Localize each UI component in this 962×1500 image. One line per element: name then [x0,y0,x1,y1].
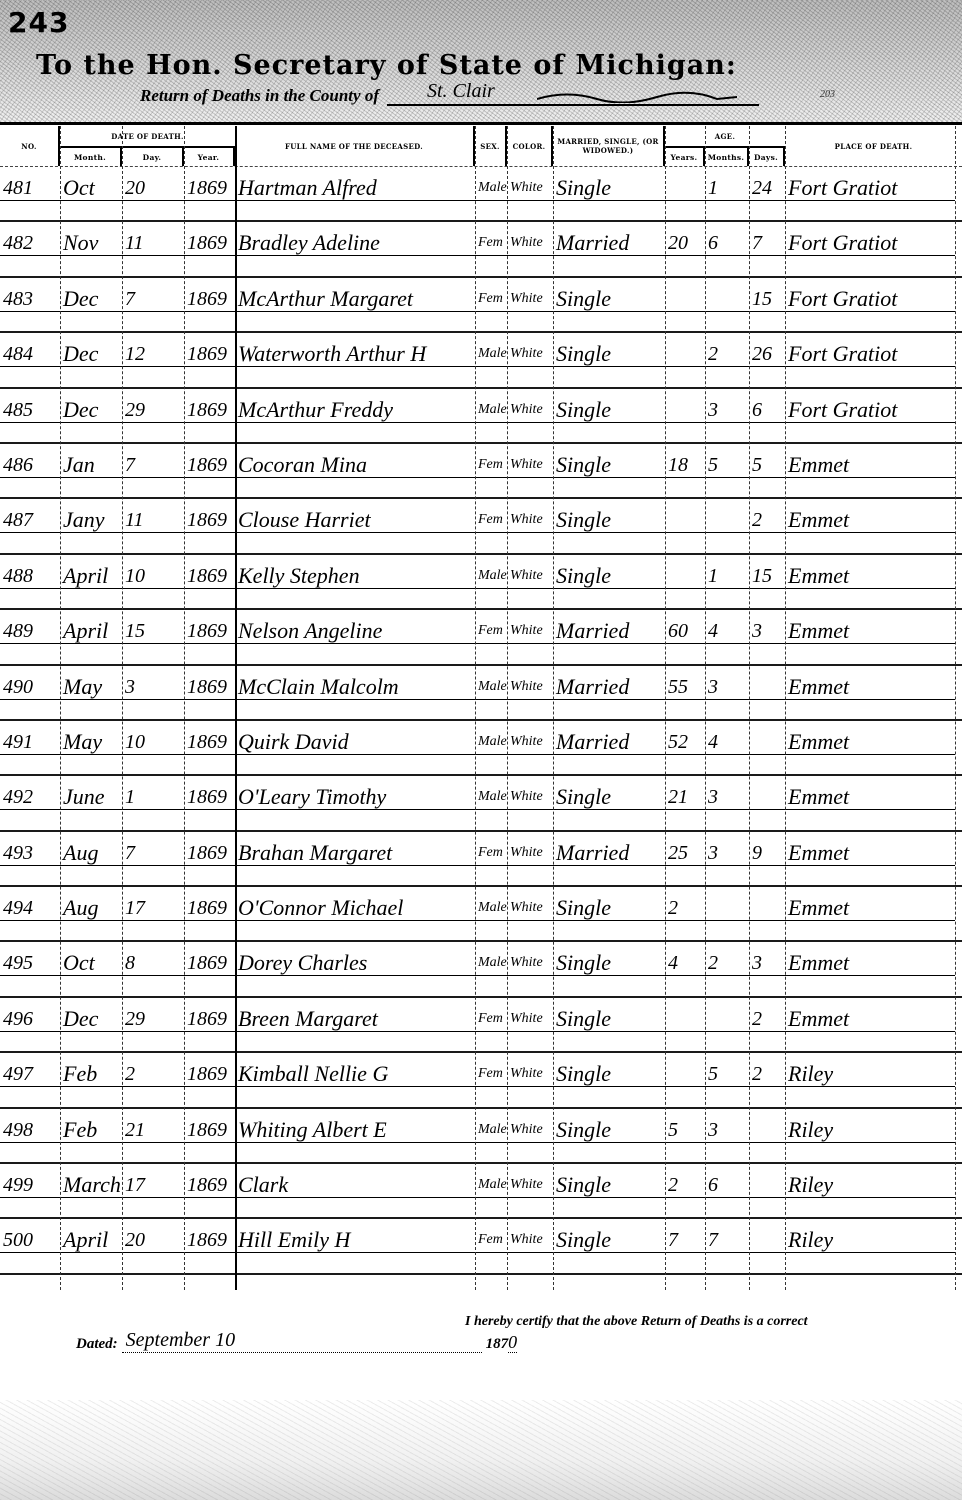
cell-month: Feb [60,1117,122,1143]
cell-no: 500 [0,1227,60,1253]
cell-no: 484 [0,341,60,367]
cell-place: Fort Gratiot [785,286,955,312]
cell-day: 20 [122,175,184,201]
table-row: 488April101869Kelly StephenMaleWhiteSing… [0,555,962,610]
cell-no: 481 [0,175,60,201]
column-rule [705,126,706,1290]
cell-sex: Male [475,1172,507,1198]
column-rule [955,126,956,1290]
cell-month: Dec [60,341,122,367]
cell-year: 1869 [184,286,235,312]
cell-status: Married [553,840,665,866]
cell-name: Whiting Albert E [235,1117,475,1143]
cell-no: 494 [0,895,60,921]
dated-row: Dated: September 10 1870 [76,1330,517,1353]
table-row: 496Dec291869Breen MargaretFemWhiteSingle… [0,998,962,1053]
cell-months: 6 [705,230,749,256]
column-rule [749,126,750,1290]
cell-sex: Fem [475,286,507,312]
cell-month: Oct [60,950,122,976]
cell-status: Married [553,230,665,256]
cell-name: Quirk David [235,729,475,755]
dated-year-prefix: 187 [486,1336,509,1352]
cell-day: 20 [122,1227,184,1253]
cell-months: 3 [705,840,749,866]
cell-day: 12 [122,341,184,367]
cell-month: Dec [60,397,122,423]
header-married-single: Married, Single, (or Widowed.) [553,126,665,166]
table-row: 499March171869ClarkMaleWhiteSingle26Rile… [0,1164,962,1219]
cell-name: McArthur Freddy [235,397,475,423]
table-row: 498Feb211869Whiting Albert EMaleWhiteSin… [0,1109,962,1164]
cell-month: Oct [60,175,122,201]
cell-place: Emmet [785,729,955,755]
cell-name: McArthur Margaret [235,286,475,312]
cell-place: Fort Gratiot [785,341,955,367]
cell-place: Fort Gratiot [785,397,955,423]
table-row: 487Jany111869Clouse HarrietFemWhiteSingl… [0,499,962,554]
cell-color: White [507,286,553,312]
cell-color: White [507,175,553,201]
header-month: Month. [60,148,122,166]
cell-status: Married [553,674,665,700]
cell-color: White [507,1061,553,1087]
cell-name: O'Leary Timothy [235,784,475,810]
cell-sex: Fem [475,230,507,256]
cell-sex: Fem [475,1006,507,1032]
county-value: St. Clair [427,80,495,103]
cell-days: 2 [749,507,785,533]
cell-name: O'Connor Michael [235,895,475,921]
header-months: Months. [705,148,749,166]
table-row: 493Aug71869Brahan MargaretFemWhiteMarrie… [0,832,962,887]
table-row: 485Dec291869McArthur FreddyMaleWhiteSing… [0,389,962,444]
cell-year: 1869 [184,618,235,644]
cell-day: 11 [122,230,184,256]
cell-status: Single [553,563,665,589]
cell-status: Single [553,175,665,201]
page-title: To the Hon. Secretary of State of Michig… [36,50,737,81]
table-row: 494Aug171869O'Connor MichaelMaleWhiteSin… [0,887,962,942]
cell-status: Married [553,618,665,644]
cell-month: Dec [60,286,122,312]
cell-color: White [507,950,553,976]
cell-no: 496 [0,1006,60,1032]
cell-color: White [507,895,553,921]
cell-months: 1 [705,175,749,201]
cell-name: Brahan Margaret [235,840,475,866]
cell-years: 55 [665,674,705,700]
header-years: Years. [665,148,705,166]
cell-sex: Male [475,175,507,201]
cell-sex: Fem [475,840,507,866]
cell-name: Breen Margaret [235,1006,475,1032]
cell-day: 2 [122,1061,184,1087]
county-field: St. Clair [387,84,759,106]
cell-no: 497 [0,1061,60,1087]
cell-months: 4 [705,729,749,755]
table-row: 497Feb21869Kimball Nellie GFemWhiteSingl… [0,1053,962,1108]
header-date-of-death: Date of Death. [60,126,235,148]
cell-place: Fort Gratiot [785,230,955,256]
column-rule [60,126,61,1290]
cell-days: 2 [749,1006,785,1032]
cell-no: 490 [0,674,60,700]
cell-place: Emmet [785,507,955,533]
cell-place: Emmet [785,950,955,976]
cell-days: 3 [749,950,785,976]
cell-no: 495 [0,950,60,976]
column-rule [665,126,666,1290]
header-place-of-death: Place of Death. [785,126,962,166]
cell-years [665,341,705,367]
cell-color: White [507,1172,553,1198]
cell-color: White [507,397,553,423]
cell-days: 5 [749,452,785,478]
cell-years [665,1061,705,1087]
cell-years [665,286,705,312]
cell-year: 1869 [184,1006,235,1032]
cell-years: 25 [665,840,705,866]
cell-month: Nov [60,230,122,256]
death-register-table: No. Date of Death. Month. Day. Year. Ful… [0,126,962,1275]
table-row: 489April151869Nelson AngelineFemWhiteMar… [0,610,962,665]
cell-months: 7 [705,1227,749,1253]
cell-year: 1869 [184,674,235,700]
cell-day: 29 [122,397,184,423]
cell-day: 17 [122,895,184,921]
table-row: 483Dec71869McArthur MargaretFemWhiteSing… [0,278,962,333]
cell-color: White [507,563,553,589]
cell-place: Emmet [785,840,955,866]
scan-footer-texture [0,1400,962,1500]
cell-status: Single [553,1061,665,1087]
cell-days [749,1227,785,1253]
cell-sex: Male [475,341,507,367]
header-age: Age. [665,126,785,148]
cell-no: 489 [0,618,60,644]
cell-months [705,507,749,533]
cell-sex: Male [475,729,507,755]
cell-day: 7 [122,452,184,478]
cell-month: April [60,1227,122,1253]
cell-month: Jany [60,507,122,533]
cell-no: 488 [0,563,60,589]
cell-day: 11 [122,507,184,533]
dated-field: September 10 [122,1330,482,1353]
cell-year: 1869 [184,950,235,976]
cell-no: 486 [0,452,60,478]
cell-month: June [60,784,122,810]
cell-sex: Male [475,895,507,921]
cell-sex: Male [475,784,507,810]
cell-days [749,895,785,921]
cell-day: 7 [122,840,184,866]
cell-place: Emmet [785,618,955,644]
column-rule [235,126,237,1290]
cell-color: White [507,729,553,755]
cell-place: Emmet [785,563,955,589]
column-rule [553,126,554,1290]
cell-day: 15 [122,618,184,644]
page-number: 243 [8,6,69,39]
cell-days: 24 [749,175,785,201]
cell-name: Clouse Harriet [235,507,475,533]
cell-months [705,1006,749,1032]
cell-place: Fort Gratiot [785,175,955,201]
cell-days [749,1117,785,1143]
cell-color: White [507,1227,553,1253]
cell-sex: Male [475,1117,507,1143]
cell-name: McClain Malcolm [235,674,475,700]
cell-name: Cocoran Mina [235,452,475,478]
cell-month: April [60,618,122,644]
cell-months: 3 [705,397,749,423]
cell-color: White [507,507,553,533]
cell-year: 1869 [184,1117,235,1143]
cell-day: 1 [122,784,184,810]
cell-no: 491 [0,729,60,755]
cell-sex: Male [475,950,507,976]
cell-years [665,175,705,201]
cell-year: 1869 [184,175,235,201]
subtitle-row: Return of Deaths in the County of St. Cl… [140,84,820,106]
cell-day: 21 [122,1117,184,1143]
cell-no: 492 [0,784,60,810]
cell-year: 1869 [184,729,235,755]
table-row: 486Jan71869Cocoran MinaFemWhiteSingle185… [0,444,962,499]
cell-year: 1869 [184,563,235,589]
cell-month: April [60,563,122,589]
cell-months: 4 [705,618,749,644]
cell-status: Single [553,341,665,367]
cell-year: 1869 [184,895,235,921]
cell-no: 493 [0,840,60,866]
header-color: Color. [507,126,553,166]
cell-status: Single [553,784,665,810]
cell-month: May [60,674,122,700]
cell-name: Hill Emily H [235,1227,475,1253]
cell-color: White [507,452,553,478]
cell-day: 3 [122,674,184,700]
cell-place: Emmet [785,784,955,810]
cell-sex: Fem [475,507,507,533]
cell-status: Single [553,286,665,312]
cell-years [665,507,705,533]
cell-days: 15 [749,563,785,589]
cell-name: Clark [235,1172,475,1198]
cell-months: 5 [705,452,749,478]
register-rows: 481Oct201869Hartman AlfredMaleWhiteSingl… [0,167,962,1275]
dated-year-suffix: 0 [508,1332,517,1353]
cell-days [749,1172,785,1198]
cell-year: 1869 [184,1172,235,1198]
cell-name: Kimball Nellie G [235,1061,475,1087]
cell-months: 2 [705,950,749,976]
cell-status: Single [553,950,665,976]
cell-sex: Male [475,563,507,589]
cell-month: Feb [60,1061,122,1087]
table-row: 491May101869Quirk DavidMaleWhiteMarried5… [0,721,962,776]
table-row: 482Nov111869Bradley AdelineFemWhiteMarri… [0,222,962,277]
cell-no: 483 [0,286,60,312]
header-days: Days. [749,148,785,166]
column-rule [785,126,786,1290]
cell-day: 17 [122,1172,184,1198]
cell-days: 6 [749,397,785,423]
cell-year: 1869 [184,507,235,533]
cell-day: 10 [122,729,184,755]
cell-days: 7 [749,230,785,256]
header-day: Day. [122,148,184,166]
cell-name: Bradley Adeline [235,230,475,256]
cell-year: 1869 [184,840,235,866]
cell-years: 52 [665,729,705,755]
table-row: 481Oct201869Hartman AlfredMaleWhiteSingl… [0,167,962,222]
cell-days: 26 [749,341,785,367]
cell-months: 3 [705,1117,749,1143]
cell-month: Dec [60,1006,122,1032]
cell-years: 7 [665,1227,705,1253]
cell-month: March [60,1172,122,1198]
cell-no: 487 [0,507,60,533]
cell-name: Dorey Charles [235,950,475,976]
dated-value: September 10 [126,1329,235,1352]
cell-month: Aug [60,895,122,921]
cell-sex: Fem [475,1061,507,1087]
header-no: No. [0,126,60,166]
table-header: No. Date of Death. Month. Day. Year. Ful… [0,126,962,167]
cell-status: Single [553,1227,665,1253]
cell-color: White [507,784,553,810]
cell-years: 5 [665,1117,705,1143]
cell-place: Riley [785,1227,955,1253]
cell-months: 3 [705,674,749,700]
cell-place: Riley [785,1172,955,1198]
cell-name: Hartman Alfred [235,175,475,201]
cell-color: White [507,840,553,866]
cell-day: 10 [122,563,184,589]
cell-color: White [507,674,553,700]
cell-years: 20 [665,230,705,256]
cell-no: 499 [0,1172,60,1198]
cell-no: 498 [0,1117,60,1143]
cell-months: 2 [705,341,749,367]
cell-name: Waterworth Arthur H [235,341,475,367]
cell-years [665,397,705,423]
column-rule [122,126,123,1290]
cell-color: White [507,341,553,367]
cell-status: Single [553,1172,665,1198]
cell-name: Nelson Angeline [235,618,475,644]
cell-year: 1869 [184,784,235,810]
cell-sex: Fem [475,1227,507,1253]
cell-year: 1869 [184,1227,235,1253]
cell-day: 7 [122,286,184,312]
cell-status: Single [553,895,665,921]
cell-days [749,729,785,755]
cell-years: 2 [665,895,705,921]
table-row: 500April201869Hill Emily HFemWhiteSingle… [0,1219,962,1274]
cell-year: 1869 [184,1061,235,1087]
cell-years [665,563,705,589]
dated-label: Dated: [76,1336,118,1352]
cell-day: 29 [122,1006,184,1032]
cell-year: 1869 [184,230,235,256]
cell-month: Jan [60,452,122,478]
subtitle: Return of Deaths in the County of [140,86,379,106]
cell-years: 4 [665,950,705,976]
cell-place: Emmet [785,452,955,478]
cell-months [705,286,749,312]
pen-flourish-icon [537,91,737,103]
cell-months: 1 [705,563,749,589]
table-row: 495Oct81869Dorey CharlesMaleWhiteSingle4… [0,942,962,997]
cell-years: 2 [665,1172,705,1198]
cell-year: 1869 [184,452,235,478]
cell-day: 8 [122,950,184,976]
cell-status: Single [553,452,665,478]
column-rule [184,126,185,1290]
cell-sex: Male [475,397,507,423]
table-row: 490May31869McClain MalcolmMaleWhiteMarri… [0,666,962,721]
header-sex: Sex. [475,126,507,166]
cell-color: White [507,1006,553,1032]
cell-place: Riley [785,1117,955,1143]
cell-days: 9 [749,840,785,866]
page-mark: 203 [820,89,835,100]
cell-place: Emmet [785,895,955,921]
cell-color: White [507,1117,553,1143]
cell-year: 1869 [184,397,235,423]
table-row: 484Dec121869Waterworth Arthur HMaleWhite… [0,333,962,388]
cell-color: White [507,618,553,644]
cell-years [665,1006,705,1032]
cell-sex: Fem [475,452,507,478]
cell-days [749,674,785,700]
certification-text: I hereby certify that the above Return o… [465,1314,808,1330]
cell-years: 60 [665,618,705,644]
cell-sex: Fem [475,618,507,644]
cell-status: Single [553,397,665,423]
header-year: Year. [184,148,235,166]
cell-no: 482 [0,230,60,256]
cell-months [705,895,749,921]
cell-place: Riley [785,1061,955,1087]
cell-no: 485 [0,397,60,423]
cell-days [749,784,785,810]
cell-place: Emmet [785,1006,955,1032]
table-row: 492June11869O'Leary TimothyMaleWhiteSing… [0,776,962,831]
cell-months: 3 [705,784,749,810]
header-rule [0,122,962,125]
cell-status: Single [553,507,665,533]
cell-status: Single [553,1117,665,1143]
cell-months: 6 [705,1172,749,1198]
cell-days: 2 [749,1061,785,1087]
cell-months: 5 [705,1061,749,1087]
cell-place: Emmet [785,674,955,700]
cell-status: Married [553,729,665,755]
cell-name: Kelly Stephen [235,563,475,589]
cell-years: 21 [665,784,705,810]
column-rule [475,126,476,1290]
cell-year: 1869 [184,341,235,367]
cell-days: 15 [749,286,785,312]
cell-years: 18 [665,452,705,478]
cell-status: Single [553,1006,665,1032]
cell-days: 3 [749,618,785,644]
